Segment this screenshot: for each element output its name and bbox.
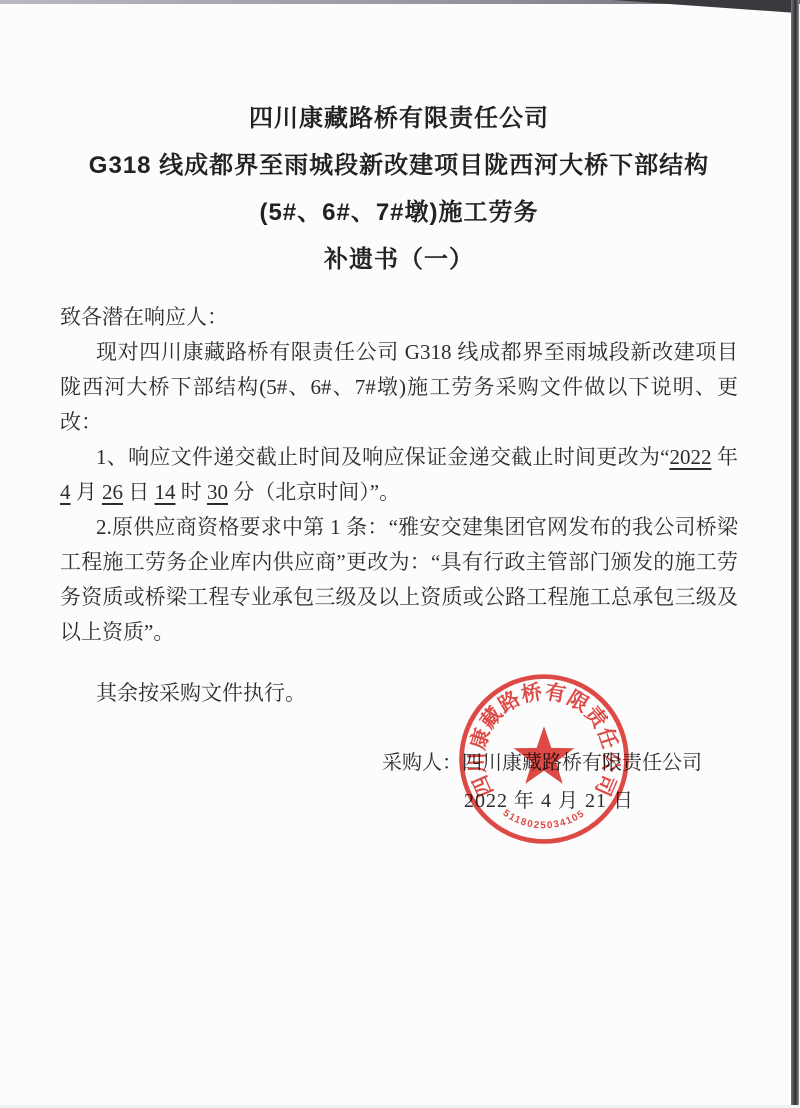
item1-seg-0: 1、响应文件递交截止时间及响应保证金递交截止时间更改为“: [96, 445, 669, 469]
item1-year-value: 2022: [669, 445, 711, 469]
closing-statement: 其余按采购文件执行。: [60, 676, 738, 711]
document-title: 四川康藏路桥有限责任公司 G318 线成都界至雨城段新改建项目陇西河大桥下部结构…: [60, 95, 738, 283]
change-item-1: 1、响应文件递交截止时间及响应保证金递交截止时间更改为“2022 年 4 月 2…: [60, 440, 738, 510]
item1-seg-2: 年: [711, 445, 738, 469]
seal-serial-number: 5118025034105: [501, 808, 588, 831]
document-body: 四川康藏路桥有限责任公司 G318 线成都界至雨城段新改建项目陇西河大桥下部结构…: [0, 0, 800, 711]
item1-seg-6: 日: [123, 480, 155, 504]
title-line-company: 四川康藏路桥有限责任公司: [60, 95, 738, 142]
title-line-project: G318 线成都界至雨城段新改建项目陇西河大桥下部结构: [60, 142, 738, 189]
change-item-2: 2.原供应商资格要求中第 1 条：“雅安交建集团官网发布的我公司桥梁工程施工劳务…: [60, 510, 738, 650]
document-text: 致各潜在响应人： 现对四川康藏路桥有限责任公司 G318 线成都界至雨城段新改建…: [60, 300, 738, 711]
intro-paragraph: 现对四川康藏路桥有限责任公司 G318 线成都界至雨城段新改建项目陇西河大桥下部…: [60, 335, 738, 440]
item1-month-value: 4: [60, 480, 71, 504]
item1-seg-10: 分（北京时间）”。: [228, 480, 400, 504]
company-seal: 四川康藏路桥有限责任公司 5118025034105: [452, 670, 636, 848]
item1-seg-4: 月: [71, 480, 103, 504]
item1-day-value: 26: [102, 480, 123, 504]
buyer-label: 采购人：: [382, 752, 462, 774]
title-line-piers: (5#、6#、7#墩)施工劳务: [60, 189, 738, 236]
item1-seg-8: 时: [176, 480, 208, 504]
star-icon: [514, 726, 575, 784]
scanned-page: 四川康藏路桥有限责任公司 G318 线成都界至雨城段新改建项目陇西河大桥下部结构…: [0, 0, 800, 1108]
item1-minute-value: 30: [207, 480, 228, 504]
item1-hour-value: 14: [155, 480, 176, 504]
salutation: 致各潜在响应人：: [60, 300, 738, 335]
title-line-addendum: 补遗书（一）: [60, 236, 738, 283]
